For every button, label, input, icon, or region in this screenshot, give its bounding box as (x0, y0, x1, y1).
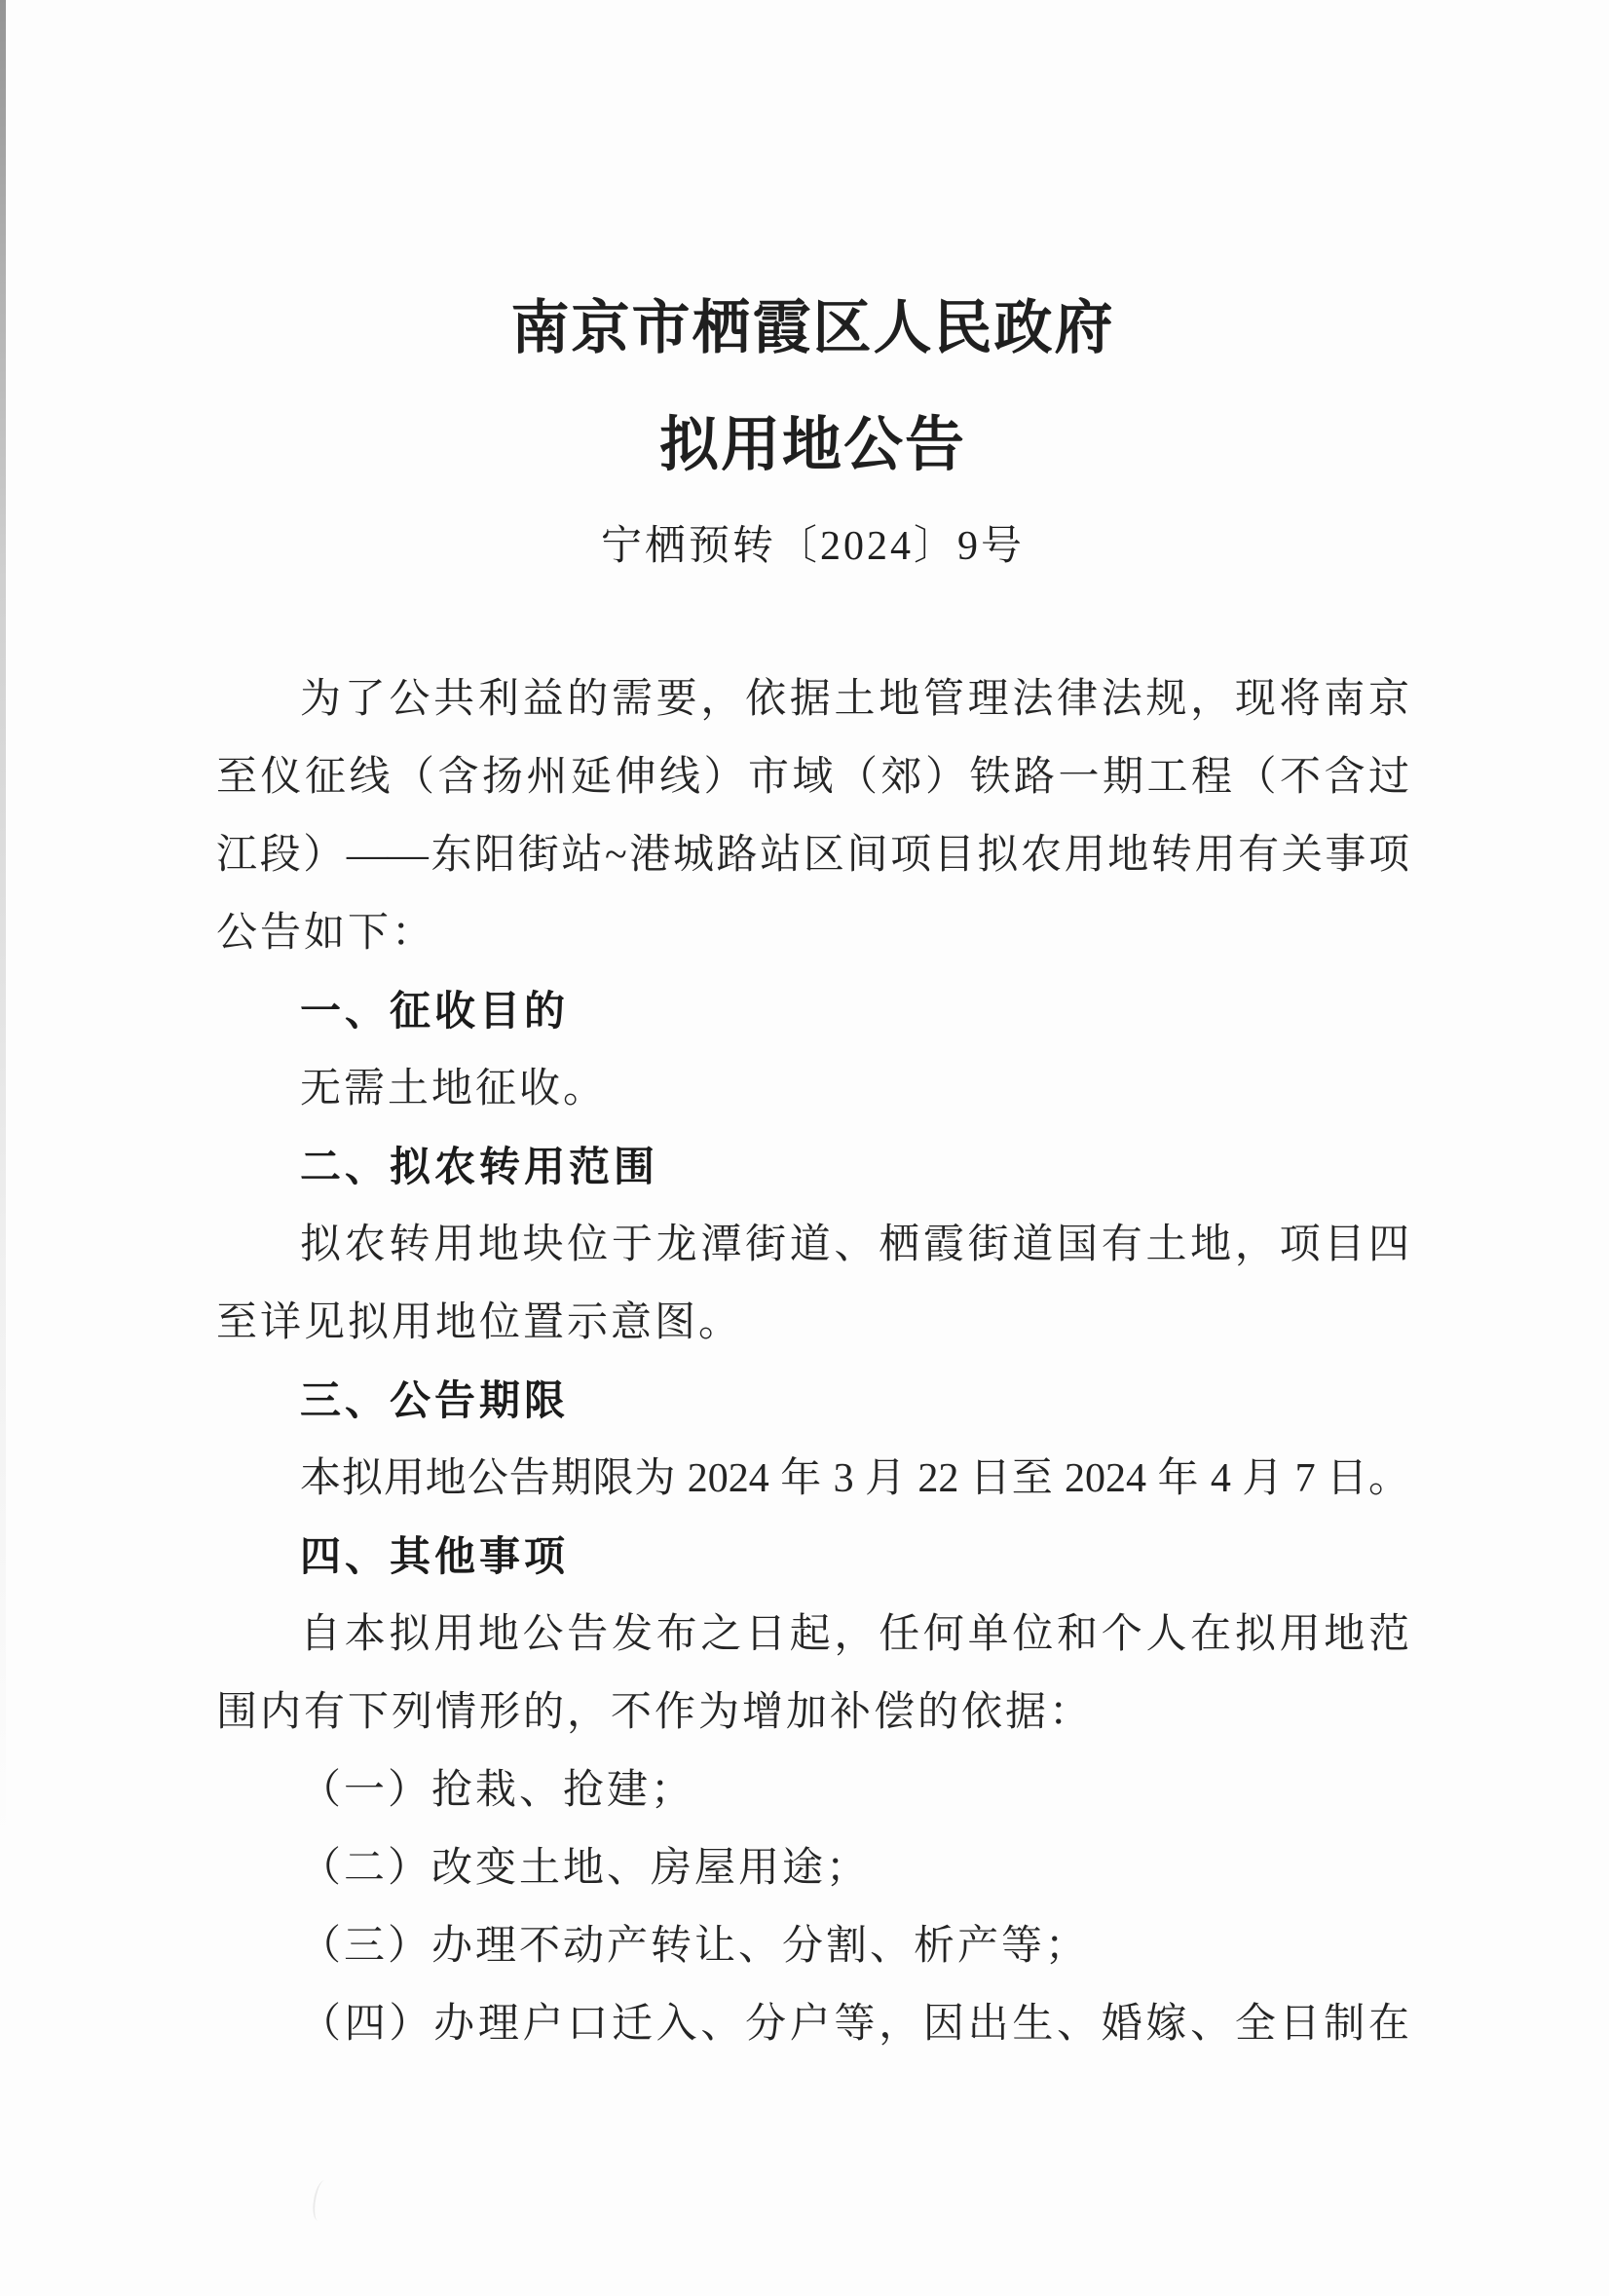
document-line: 江段）——东阳街站~港城路站区间项目拟农用地转用有关事项 (216, 816, 1409, 894)
document-line: 拟农转用地块位于龙潭街道、栖霞街道国有土地，项目四 (216, 1206, 1409, 1284)
document-line: （一）抢栽、抢建； (216, 1751, 1409, 1829)
document-line: 围内有下列情形的，不作为增加补偿的依据： (216, 1674, 1409, 1751)
page-title-government: 南京市栖霞区人民政府 (216, 296, 1409, 360)
document-body: 为了公共利益的需要，依据土地管理法律法规，现将南京至仪征线（含扬州延伸线）市域（… (216, 660, 1409, 2063)
document-line: （二）改变土地、房屋用途； (216, 1829, 1409, 1907)
document-line: 公告如下： (216, 894, 1409, 972)
scan-edge-artifact (0, 0, 6, 2296)
section-heading: 三、公告期限 (216, 1362, 1409, 1440)
document-number: 宁栖预转〔2024〕9号 (216, 522, 1409, 571)
section-heading: 二、拟农转用范围 (216, 1128, 1409, 1206)
document-page: 南京市栖霞区人民政府 拟用地公告 宁栖预转〔2024〕9号 为了公共利益的需要，… (0, 0, 1609, 2296)
section-heading: 一、征收目的 (216, 972, 1409, 1050)
section-heading: 四、其他事项 (216, 1518, 1409, 1596)
document-line: 无需土地征收。 (216, 1050, 1409, 1128)
page-title-announcement: 拟用地公告 (216, 413, 1409, 478)
document-line: （四）办理户口迁入、分户等，因出生、婚嫁、全日制在 (216, 1985, 1409, 2063)
document-line: 为了公共利益的需要，依据土地管理法律法规，现将南京 (216, 660, 1409, 738)
document-line: 自本拟用地公告发布之日起，任何单位和个人在拟用地范 (216, 1596, 1409, 1674)
document-line: 至详见拟用地位置示意图。 (216, 1284, 1409, 1362)
scan-smudge-artifact (311, 2179, 332, 2222)
document-line: 至仪征线（含扬州延伸线）市域（郊）铁路一期工程（不含过 (216, 738, 1409, 816)
document-line: 本拟用地公告期限为 2024 年 3 月 22 日至 2024 年 4 月 7 … (216, 1440, 1409, 1518)
document-line: （三）办理不动产转让、分割、析产等； (216, 1907, 1409, 1985)
